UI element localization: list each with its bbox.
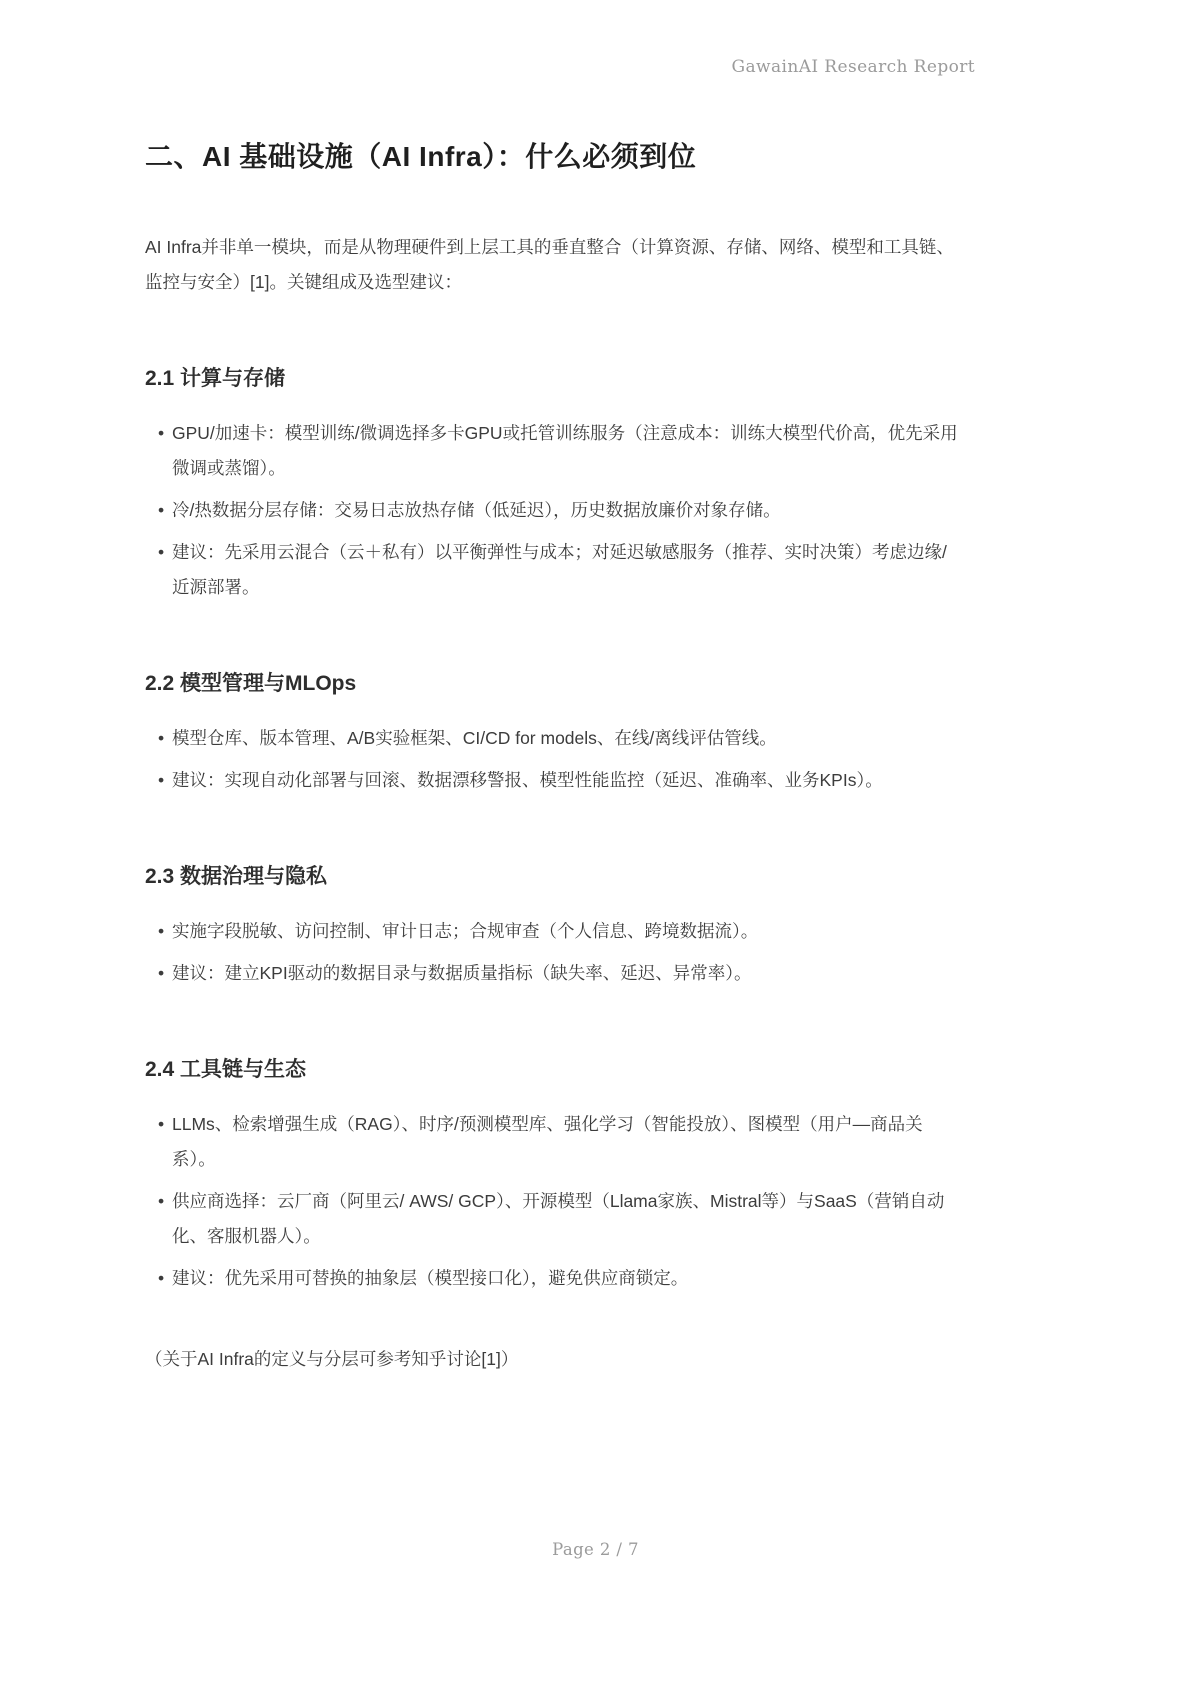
section-heading-mlops: 2.2 模型管理与MLOps	[145, 669, 975, 699]
running-header: GawainAI Research Report	[145, 0, 975, 78]
page-title: 二、AI 基础设施（AI Infra）：什么必须到位	[145, 138, 975, 176]
bullet-list: 模型仓库、版本管理、A/B实验框架、CI/CD for models、在线/离线…	[145, 721, 959, 798]
intro-paragraph: AI Infra并非单一模块，而是从物理硬件到上层工具的垂直整合（计算资源、存储…	[145, 230, 959, 300]
section-heading-data-governance: 2.3 数据治理与隐私	[145, 862, 975, 892]
section-heading-toolchain-ecosystem: 2.4 工具链与生态	[145, 1055, 975, 1085]
report-page: GawainAI Research Report 二、AI 基础设施（AI In…	[0, 0, 1191, 1684]
bullet-item: 建议：实现自动化部署与回滚、数据漂移警报、模型性能监控（延迟、准确率、业务KPI…	[145, 763, 959, 798]
bullet-item: GPU/加速卡：模型训练/微调选择多卡GPU或托管训练服务（注意成本：训练大模型…	[145, 416, 959, 486]
bullet-item: 冷/热数据分层存储：交易日志放热存储（低延迟），历史数据放廉价对象存储。	[145, 493, 959, 528]
page-number-footer: Page 2 / 7	[0, 1540, 1191, 1559]
bullet-item: LLMs、检索增强生成（RAG）、时序/预测模型库、强化学习（智能投放）、图模型…	[145, 1107, 959, 1177]
bullet-item: 供应商选择：云厂商（阿里云/ AWS/ GCP）、开源模型（Llama家族、Mi…	[145, 1184, 959, 1254]
bullet-item: 建议：先采用云混合（云＋私有）以平衡弹性与成本；对延迟敏感服务（推荐、实时决策）…	[145, 535, 959, 605]
page-content: GawainAI Research Report 二、AI 基础设施（AI In…	[145, 0, 975, 1377]
section-heading-compute-storage: 2.1 计算与存储	[145, 364, 975, 394]
bullet-list: GPU/加速卡：模型训练/微调选择多卡GPU或托管训练服务（注意成本：训练大模型…	[145, 416, 959, 605]
closing-note: （关于AI Infra的定义与分层可参考知乎讨论[1]）	[145, 1342, 975, 1377]
bullet-item: 实施字段脱敏、访问控制、审计日志；合规审查（个人信息、跨境数据流）。	[145, 914, 959, 949]
bullet-list: 实施字段脱敏、访问控制、审计日志；合规审查（个人信息、跨境数据流）。 建议：建立…	[145, 914, 959, 991]
bullet-item: 模型仓库、版本管理、A/B实验框架、CI/CD for models、在线/离线…	[145, 721, 959, 756]
bullet-item: 建议：建立KPI驱动的数据目录与数据质量指标（缺失率、延迟、异常率）。	[145, 956, 959, 991]
bullet-item: 建议：优先采用可替换的抽象层（模型接口化），避免供应商锁定。	[145, 1261, 959, 1296]
bullet-list: LLMs、检索增强生成（RAG）、时序/预测模型库、强化学习（智能投放）、图模型…	[145, 1107, 959, 1296]
